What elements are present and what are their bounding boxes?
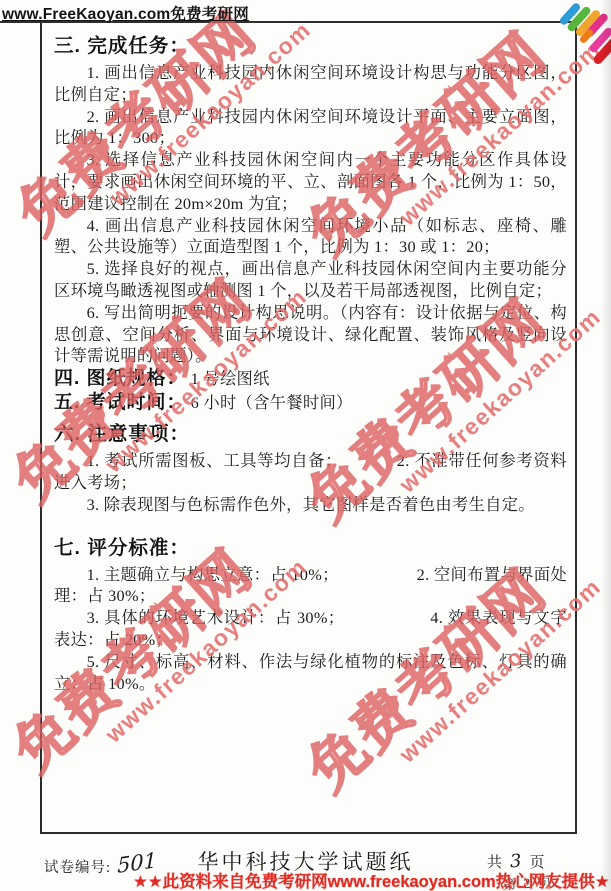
task-item-1: 1. 画出信息产业科技园内休闲空间环境设计构思与功能分区图，比例自定； — [54, 62, 567, 106]
scanned-exam-page: www.FreeKaoyan.com免费考研网 三. 完成任务： 1. 画出信息… — [0, 0, 611, 891]
task-item-3: 3. 选择信息产业科技园休闲空间内一个主要功能分区作具体设计，要求画出休闲空间环… — [54, 149, 567, 214]
task-item-5: 5. 选择良好的视点，画出信息产业科技园休闲空间内主要功能分区环境鸟瞰透视图或轴… — [54, 258, 567, 302]
freekaoyan-site-link[interactable]: www.FreeKaoyan.com免费考研网 — [2, 2, 249, 24]
task-item-4: 4. 画出信息产业科技园休闲空间环境小品（如标志、座椅、雕塑、公共设施等）立面造… — [54, 215, 567, 259]
section-grading-heading: 七. 评分标准： — [54, 532, 567, 560]
section-time-heading: 五. 考试时间： — [54, 392, 187, 413]
section-paper-heading: 四. 图纸规格： — [54, 368, 187, 389]
grading-item-1: 1. 主题确立与构思立意：占 10%； — [87, 565, 339, 584]
task-item-6: 6. 写出简明扼要的设计构思说明。（内容有：设计依据与定位、构思创意、空间分析、… — [54, 302, 567, 367]
notes-item-1-2: 1. 考试所需图板、工具等均自备；2. 不准带任何参考资料进入考场； — [54, 450, 567, 494]
section-paper-value: 1 号绘图纸 — [191, 369, 270, 388]
section-exam-time: 五. 考试时间： 6 小时（含午餐时间） — [54, 392, 567, 415]
document-border-frame: 三. 完成任务： 1. 画出信息产业科技园内休闲空间环境设计构思与功能分区图，比… — [40, 22, 577, 834]
section-time-value: 6 小时（含午餐时间） — [191, 393, 353, 412]
grading-item-5: 5. 尺寸、标高、材料、作法与绿化植物的标注及色标、灯具的确立：占 10%。 — [54, 651, 567, 695]
section-tasks-heading: 三. 完成任务： — [54, 30, 567, 58]
task-item-2: 2. 画出信息产业科技园内休闲空间环境设计平面、主要立面图，比例为 1：300； — [54, 106, 567, 150]
section-notes-heading: 六. 注意事项： — [54, 418, 567, 446]
notes-item-3: 3. 除表现图与色标需作色外，其它图样是否着色由考生自定。 — [54, 494, 567, 516]
grading-item-3-4: 3. 具体的环境艺术设计：占 30%；4. 效果表现与文字表达：占 20%； — [54, 607, 567, 651]
scan-edge-shadow — [601, 0, 611, 891]
freekaoyan-bottom-banner: ★★此资料来自免费考研网www.freekaoyan.com热心网友提供★★ — [133, 868, 611, 891]
notes-item-1: 1. 考试所需图板、工具等均自备； — [87, 451, 342, 470]
grading-item-3: 3. 具体的环境艺术设计：占 30%； — [87, 608, 345, 627]
grading-item-1-2: 1. 主题确立与构思立意：占 10%；2. 空间布置与界面处理：占 30%； — [54, 564, 567, 608]
section-paper-size: 四. 图纸规格： 1 号绘图纸 — [54, 368, 567, 391]
